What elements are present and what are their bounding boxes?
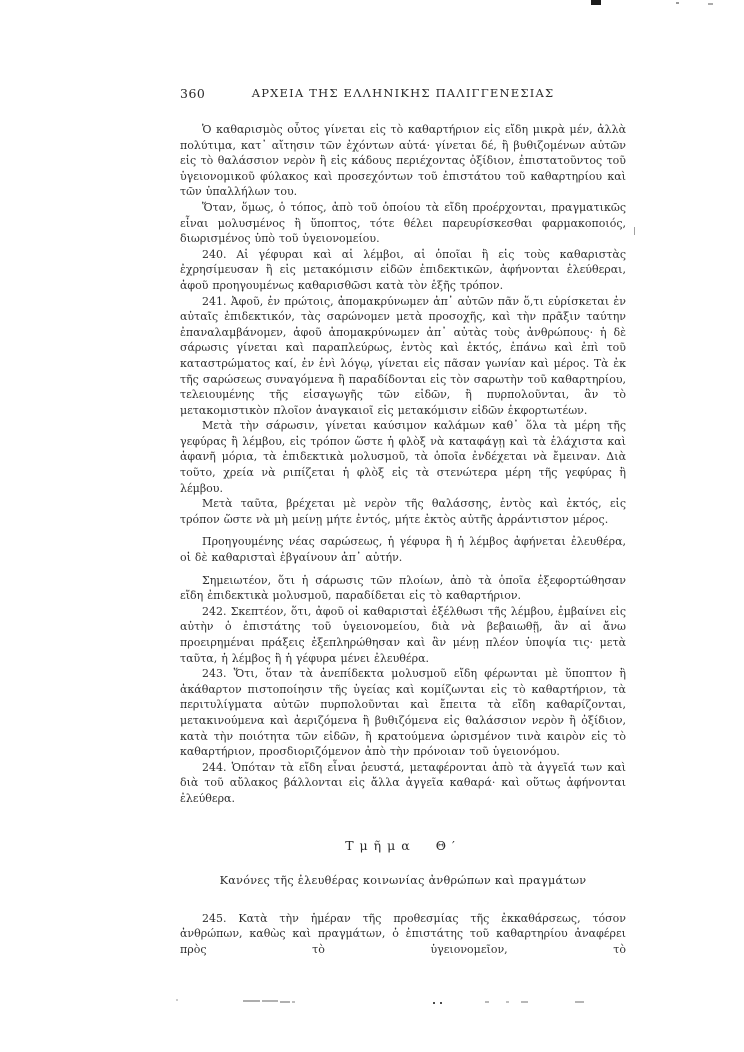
paragraph-240: 240. Αἱ γέφυραι καὶ αἱ λέμβοι, αἱ ὁποῖαι…: [180, 247, 626, 294]
scan-artifact: [243, 1000, 260, 1002]
paragraph-intro: Ὁ καθαρισμὸς οὗτος γίνεται εἰς τὸ καθαρτ…: [180, 122, 626, 200]
scan-artifact: [292, 1001, 295, 1003]
scan-artifact: [485, 1001, 489, 1003]
scan-artifact: [575, 1001, 584, 1003]
paragraph-241: 241. Ἀφοῦ, ἐν πρώτοις, ἀπομακρύνωμεν ἀπ᾽…: [180, 294, 626, 419]
scan-artifact: [676, 2, 679, 4]
scan-artifact: [440, 1002, 442, 1004]
paragraph-proigoumenis: Προηγουμένης νέας σαρώσεως, ἡ γέφυρα ἢ ἡ…: [180, 534, 626, 565]
scan-artifact: [591, 0, 601, 5]
section-heading: Τμῆμα Θ′: [180, 838, 626, 853]
scan-artifact: [262, 1000, 278, 1002]
scanned-page: 360 ΑΡΧΕΙΑ ΤΗΣ ΕΛΛΗΝΙΚΗΣ ΠΑΛΙΓΓΕΝΕΣΙΑΣ Ὁ…: [0, 0, 744, 1052]
paragraph-243: 243. Ὅτι, ὅταν τὰ ἀνεπίδεκτα μολυσμοῦ εἴ…: [180, 666, 626, 760]
scan-artifact: [634, 227, 635, 235]
page-body: Ὁ καθαρισμὸς οὗτος γίνεται εἰς τὸ καθαρτ…: [180, 122, 626, 957]
page-header: 360 ΑΡΧΕΙΑ ΤΗΣ ΕΛΛΗΝΙΚΗΣ ΠΑΛΙΓΓΕΝΕΣΙΑΣ: [180, 86, 626, 101]
section-subheading: Κανόνες τῆς ἐλευθέρας κοινωνίας ἀνθρώπων…: [180, 874, 626, 887]
scan-artifact: [433, 1002, 435, 1004]
paragraph-meta-tauta: Μετὰ ταῦτα, βρέχεται μὲ νερὸν τῆς θαλάσσ…: [180, 496, 626, 527]
scan-artifact: [280, 1001, 290, 1003]
scan-artifact: [521, 1001, 528, 1003]
scan-artifact: [176, 999, 178, 1001]
running-title: ΑΡΧΕΙΑ ΤΗΣ ΕΛΛΗΝΙΚΗΣ ΠΑΛΙΓΓΕΝΕΣΙΑΣ: [180, 86, 626, 100]
scan-artifact: [506, 1001, 509, 1003]
page-content: 360 ΑΡΧΕΙΑ ΤΗΣ ΕΛΛΗΝΙΚΗΣ ΠΑΛΙΓΓΕΝΕΣΙΑΣ Ὁ…: [180, 86, 626, 957]
scan-artifact: [708, 3, 713, 5]
page-number: 360: [180, 86, 205, 101]
paragraph-meta-sarosin: Μετὰ τὴν σάρωσιν, γίνεται καύσιμον καλάμ…: [180, 418, 626, 496]
paragraph-otan: Ὅταν, ὅμως, ὁ τόπος, ἀπὸ τοῦ ὁποίου τὰ ε…: [180, 200, 626, 247]
paragraph-245: 245. Κατὰ τὴν ἡμέραν τῆς προθεσμίας τῆς …: [180, 911, 626, 958]
paragraph-242: 242. Σκεπτέον, ὅτι, ἀφοῦ οἱ καθαρισταὶ ἐ…: [180, 604, 626, 666]
paragraph-244: 244. Ὁπόταν τὰ εἴδη εἶναι ῥευστά, μεταφέ…: [180, 760, 626, 807]
paragraph-simeioteon: Σημειωτέον, ὅτι ἡ σάρωσις τῶν πλοίων, ἀπ…: [180, 573, 626, 604]
